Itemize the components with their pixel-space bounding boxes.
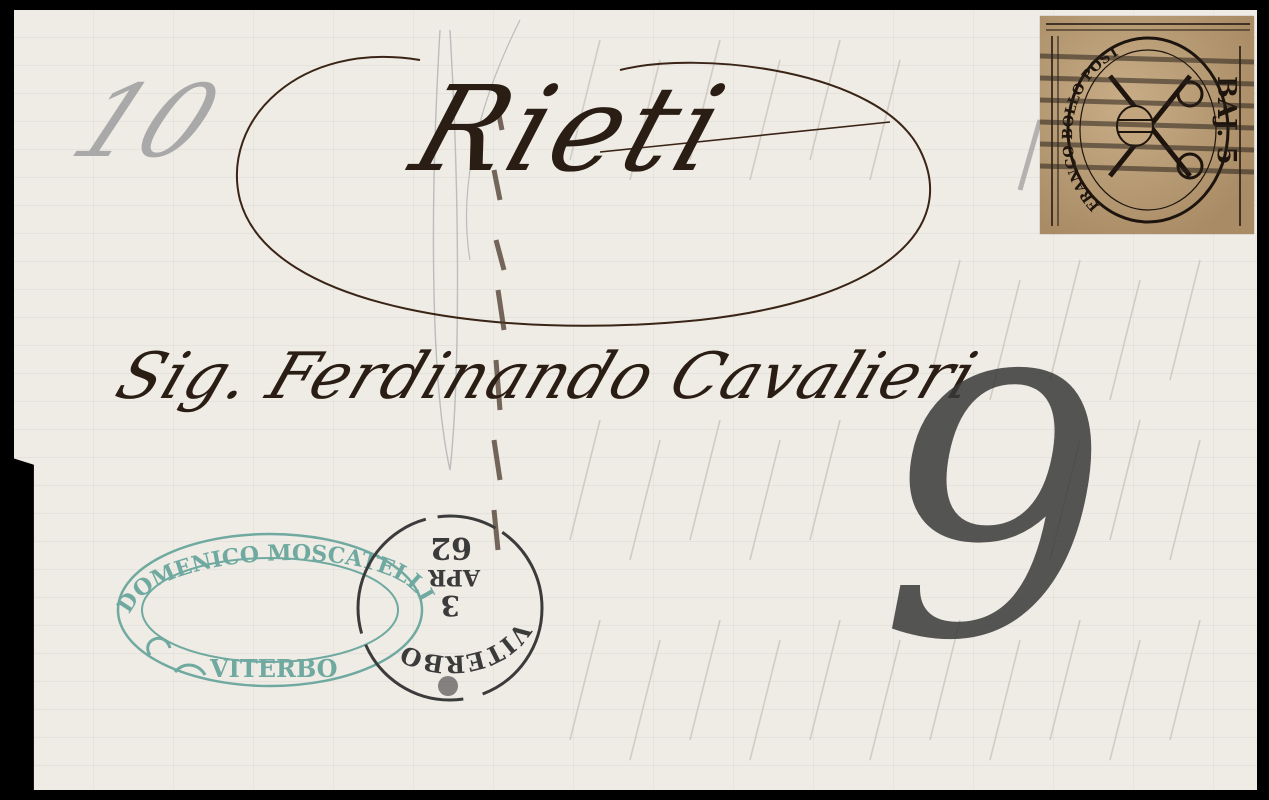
date-postmark: VITERBO 3 APR 62 — [0, 0, 1269, 800]
svg-text:3: 3 — [441, 589, 460, 622]
svg-text:62: 62 — [430, 530, 472, 565]
svg-text:APR: APR — [427, 564, 481, 590]
